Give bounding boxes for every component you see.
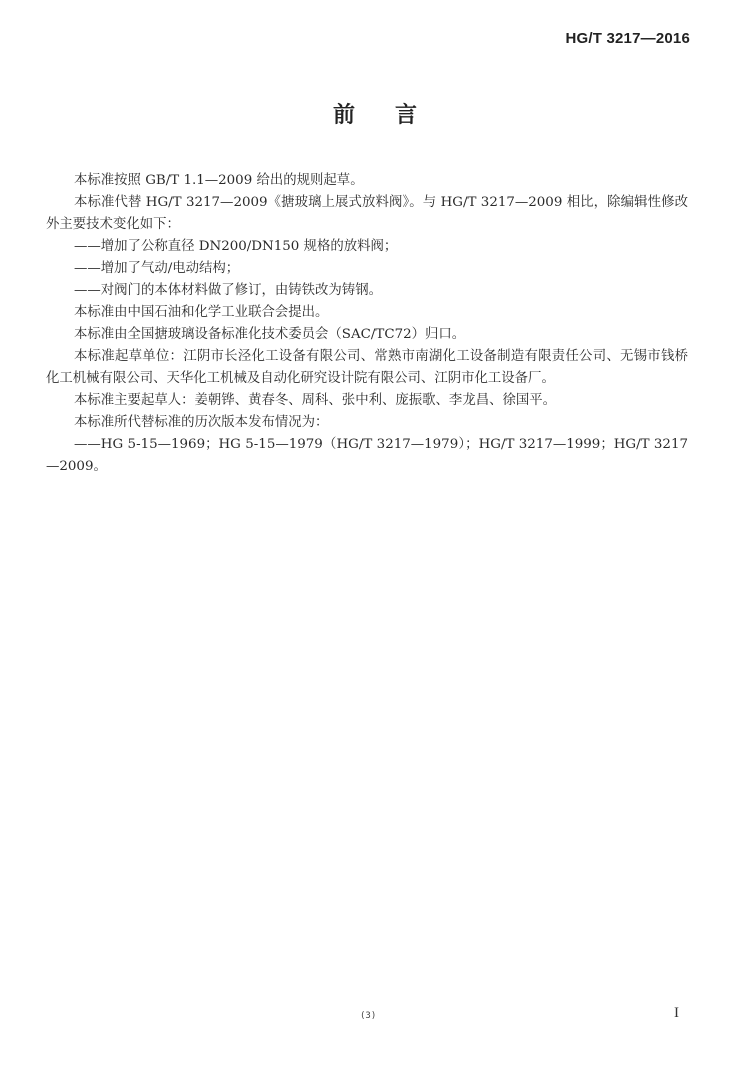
paragraph-drafting-rules: 本标准按照 GB/T 1.1—2009 给出的规则起草。 [46,170,688,192]
foreword-body: 本标准按照 GB/T 1.1—2009 给出的规则起草。 本标准代替 HG/T … [46,170,688,478]
print-number: (3) [360,1011,376,1021]
change-item-dn200: ——增加了公称直径 DN200/DN150 规格的放料阀； [46,236,688,258]
paragraph-drafting-units: 本标准起草单位：江阴市长泾化工设备有限公司、常熟市南湖化工设备制造有限责任公司、… [46,346,688,390]
page-title: 前言 [0,98,750,129]
page-number: I [674,1005,679,1022]
paragraph-proposed-by: 本标准由中国石油和化学工业联合会提出。 [46,302,688,324]
paragraph-replacement: 本标准代替 HG/T 3217—2009《搪玻璃上展式放料阀》。与 HG/T 3… [46,192,688,236]
standard-code-header: HG/T 3217—2016 [565,30,690,47]
change-item-material: ——对阀门的本体材料做了修订，由铸铁改为铸钢。 [46,280,688,302]
paragraph-history-intro: 本标准所代替标准的历次版本发布情况为： [46,412,688,434]
paragraph-under-jurisdiction: 本标准由全国搪玻璃设备标准化技术委员会（SAC/TC72）归口。 [46,324,688,346]
history-versions: ——HG 5-15—1969；HG 5-15—1979（HG/T 3217—19… [46,434,688,478]
paragraph-drafters: 本标准主要起草人：姜朝铧、黄春冬、周科、张中利、庞振歌、李龙昌、徐国平。 [46,390,688,412]
change-item-pneumatic-electric: ——增加了气动/电动结构； [46,258,688,280]
